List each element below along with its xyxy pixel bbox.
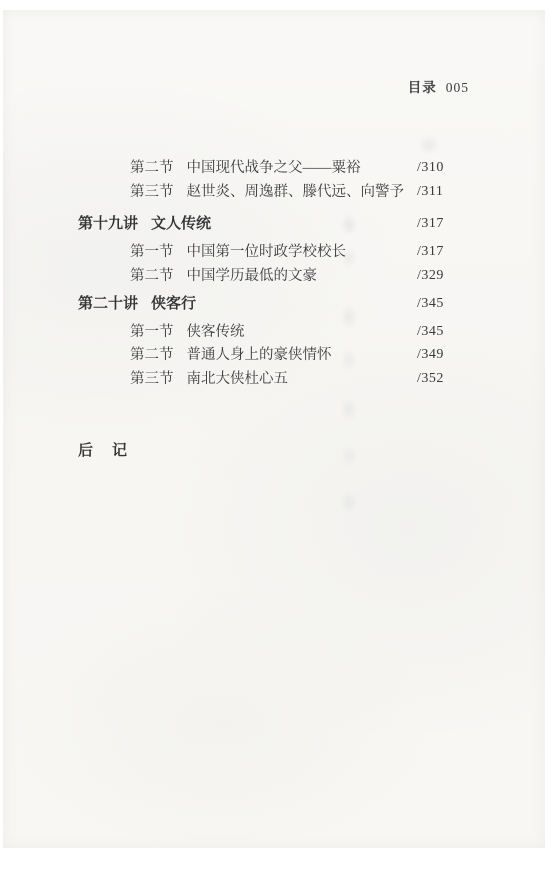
toc-entry-text: 第三节南北大侠杜心五 — [130, 367, 288, 391]
toc-entry-label: 第一节 — [130, 324, 174, 340]
toc-entry-text: 第二节中国现代战争之父——粟裕 — [130, 156, 361, 180]
toc-entry-title: 侠客行 — [151, 296, 196, 312]
toc-entry-label: 第三节 — [130, 371, 174, 387]
toc-entry: 第三节南北大侠杜心五/352 — [0, 367, 553, 391]
toc-entry: 第二节中国学历最低的文豪/329 — [0, 264, 553, 288]
toc-entry-label: 第二节 — [130, 268, 174, 284]
toc-entry-title: 文人传统 — [151, 216, 211, 232]
toc-entry-title: 中国现代战争之父——粟裕 — [187, 160, 361, 176]
toc-entry: 第二节中国现代战争之父——粟裕/310 — [0, 156, 553, 180]
toc-entry-title: 赵世炎、周逸群、滕代远、向警予 — [187, 184, 405, 200]
toc-entry-text: 第十九讲文人传统 — [78, 212, 211, 236]
toc-entry-page-number: /345 — [417, 292, 444, 316]
toc-entry: 第二节普通人身上的豪侠情怀/349 — [0, 343, 553, 367]
toc-entry-label: 第二节 — [130, 347, 174, 363]
toc-entry-page-number: /329 — [417, 264, 444, 288]
toc-entry-title: 中国第一位时政学校校长 — [187, 244, 347, 260]
toc-entry-page-number: /345 — [417, 320, 444, 344]
toc-entry-label: 第三节 — [130, 184, 174, 200]
toc-entry-text: 第一节中国第一位时政学校校长 — [130, 240, 346, 264]
toc-entry: 第一节侠客传统/345 — [0, 320, 553, 344]
toc-entry-text: 第二节中国学历最低的文豪 — [130, 264, 317, 288]
toc-entry-text: 第二十讲侠客行 — [78, 292, 196, 316]
toc-entry-label: 第二节 — [130, 160, 174, 176]
toc-entry-page-number: /352 — [417, 367, 444, 391]
toc-entry-text: 第一节侠客传统 — [130, 320, 245, 344]
scanned-book-page: { "header": { "label": "目录", "page_no": … — [0, 0, 553, 871]
toc-entry-page-number: /317 — [417, 240, 444, 264]
toc-entry-title: 南北大侠杜心五 — [187, 371, 289, 387]
toc-entry-label: 第十九讲 — [78, 216, 138, 232]
toc-entry: 第十九讲文人传统/317 — [0, 212, 553, 236]
toc-entry-text: 第三节赵世炎、周逸群、滕代远、向警予 — [130, 180, 404, 204]
toc-entry-page-number: /310 — [417, 156, 444, 180]
toc-entry-page-number: /311 — [417, 180, 443, 204]
toc-entry: 第二十讲侠客行/345 — [0, 292, 553, 316]
toc-entry-title: 中国学历最低的文豪 — [187, 268, 318, 284]
toc-entry-title: 普通人身上的豪侠情怀 — [187, 347, 332, 363]
toc-entry-label: 第二十讲 — [78, 296, 138, 312]
toc-entry-page-number: /349 — [417, 343, 444, 367]
toc-entry-page-number: /317 — [417, 212, 444, 236]
afterword-heading: 后 记 — [78, 439, 129, 463]
toc-entry-text: 第二节普通人身上的豪侠情怀 — [130, 343, 332, 367]
toc-entry-title: 侠客传统 — [187, 324, 245, 340]
toc-entry: 第三节赵世炎、周逸群、滕代远、向警予/311 — [0, 180, 553, 204]
table-of-contents: 第二节中国现代战争之父——粟裕/310第三节赵世炎、周逸群、滕代远、向警予/31… — [0, 0, 553, 871]
toc-entry: 第一节中国第一位时政学校校长/317 — [0, 240, 553, 264]
toc-entry-label: 第一节 — [130, 244, 174, 260]
